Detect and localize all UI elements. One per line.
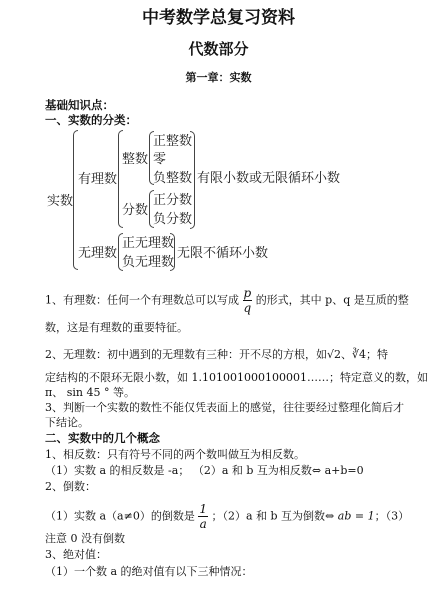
tree-pos-irr: 正无理数 <box>122 232 174 251</box>
opposite-line2: （1）实数 a 的相反数是 -a； （2）a 和 b 互为相反数⇔ a+b=0 <box>45 462 364 478</box>
reciprocal-line2: 注意 0 没有倒数 <box>45 530 125 546</box>
tree-pos-int: 正整数 <box>153 130 192 149</box>
basics-heading: 基础知识点： <box>45 97 114 113</box>
opposite-line1: 1、相反数：只有符号不同的两个数叫做互为相反数。 <box>45 446 305 462</box>
tree-root: 实数 <box>47 190 73 209</box>
fraction-p-over-q: pq <box>243 286 253 315</box>
section2-heading: 二、实数中的几个概念 <box>45 430 160 446</box>
reciprocal-heading: 2、倒数： <box>45 478 96 494</box>
item3-line1: 3、判断一个实数的数性不能仅凭表面上的感觉，往往要经过整理化简后才 <box>45 399 404 415</box>
section1-heading: 一、实数的分类： <box>45 112 137 128</box>
tree-neg-frac: 负分数 <box>153 208 192 227</box>
chapter-title: 第一章：实数 <box>0 69 437 85</box>
tree-neg-irr: 负无理数 <box>122 251 174 270</box>
brace-irrational-close <box>170 233 175 271</box>
reciprocal-line1: （1）实数 a（a≠0）的倒数是 1a ；（2）a 和 b 互为倒数⇔ ab =… <box>45 502 409 531</box>
item2-line1: 2、无理数：初中遇到的无理数有三种：开不尽的方根，如√2、∛4；特 <box>45 346 388 362</box>
absolute-line1: （1）一个数 a 的绝对值有以下三种情况： <box>45 563 253 579</box>
item2-line2: 定结构的不限环无限小数，如 1.101001000100001……；特定意义的数… <box>45 369 428 385</box>
document-title: 中考数学总复习资料 <box>0 3 437 28</box>
tree-integer: 整数 <box>122 148 148 167</box>
tree-pos-frac: 正分数 <box>153 189 192 208</box>
tree-irrational-desc: 无限不循环小数 <box>177 242 268 261</box>
tree-rational-desc: 有限小数或无限循环小数 <box>197 167 340 186</box>
tree-fraction: 分数 <box>122 199 148 218</box>
tree-neg-int: 负整数 <box>153 167 192 186</box>
item2-line3: π、 sin 45 ° 等。 <box>45 384 135 400</box>
document-subtitle: 代数部分 <box>0 38 437 59</box>
tree-irrational: 无理数 <box>78 242 117 261</box>
sqrt-2: √2 <box>327 348 341 361</box>
item3-line2: 下结论。 <box>45 414 89 430</box>
fraction-1-over-a: 1a <box>198 502 208 531</box>
cube-root-4: ∛4 <box>352 348 366 361</box>
tree-zero: 零 <box>153 148 166 167</box>
item1-line1: 1、有理数：任何一个有理数总可以写成 pq 的形式，其中 p、q 是互质的整 <box>45 286 409 315</box>
tree-rational: 有理数 <box>78 168 117 187</box>
absolute-heading: 3、绝对值： <box>45 546 107 562</box>
item1-line2: 数，这是有理数的重要特征。 <box>45 319 188 335</box>
